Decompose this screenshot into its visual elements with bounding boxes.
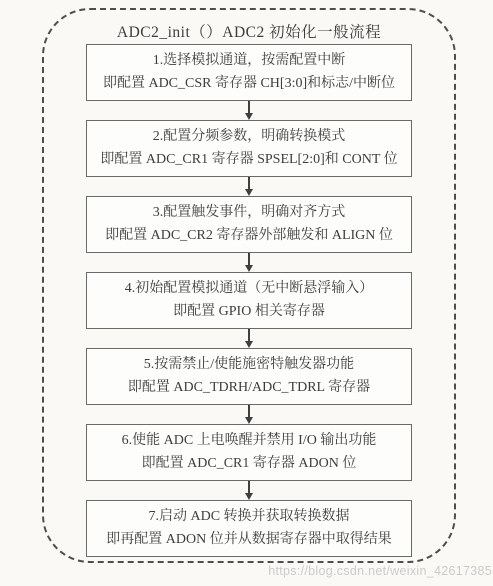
step-2-line-2: 即配置 ADC_CR1 寄存器 SPSEL[2:0]和 CONT 位 [100, 149, 397, 171]
arrow-head [245, 341, 253, 348]
arrow-shaft [248, 405, 250, 417]
step-3-line-1: 3.配置触发事件，明确对齐方式 [153, 202, 346, 224]
arrow-down-icon [245, 329, 253, 348]
step-7-line-1: 7.启动 ADC 转换并获取转换数据 [148, 506, 349, 528]
step-box-3: 3.配置触发事件，明确对齐方式 即配置 ADC_CR2 寄存器外部触发和 ALI… [86, 196, 412, 253]
step-box-5: 5.按需禁止/使能施密特触发器功能 即配置 ADC_TDRH/ADC_TDRL … [86, 348, 412, 405]
arrow-down-icon [245, 405, 253, 424]
arrow-head [245, 493, 253, 500]
arrow-head [245, 113, 253, 120]
step-5-line-2: 即配置 ADC_TDRH/ADC_TDRL 寄存器 [128, 377, 370, 399]
step-7-line-2: 即再配置 ADON 位并从数据寄存器中取得结果 [106, 529, 391, 551]
arrow-shaft [248, 481, 250, 493]
arrow-down-icon [245, 253, 253, 272]
step-3-line-2: 即配置 ADC_CR2 寄存器外部触发和 ALIGN 位 [105, 225, 393, 247]
arrow-shaft [248, 177, 250, 189]
step-6-line-2: 即配置 ADC_CR1 寄存器 ADON 位 [142, 453, 357, 475]
step-5-line-1: 5.按需禁止/使能施密特触发器功能 [144, 354, 354, 376]
step-box-1: 1.选择模拟通道，按需配置中断 即配置 ADC_CSR 寄存器 CH[3:0]和… [86, 44, 412, 101]
step-box-4: 4.初始配置模拟通道（无中断悬浮输入） 即配置 GPIO 相关寄存器 [86, 272, 412, 329]
arrow-down-icon [245, 177, 253, 196]
dashed-border-frame: ADC2_init（）ADC2 初始化一般流程 1.选择模拟通道，按需配置中断 … [42, 8, 456, 563]
arrow-head [245, 265, 253, 272]
arrow-shaft [248, 329, 250, 341]
arrow-shaft [248, 101, 250, 113]
arrow-down-icon [245, 101, 253, 120]
arrow-head [245, 417, 253, 424]
step-1-line-1: 1.选择模拟通道，按需配置中断 [153, 50, 346, 72]
step-4-line-2: 即配置 GPIO 相关寄存器 [173, 301, 325, 323]
step-2-line-1: 2.配置分频参数，明确转换模式 [153, 126, 346, 148]
arrow-down-icon [245, 481, 253, 500]
diagram-title: ADC2_init（）ADC2 初始化一般流程 [117, 21, 381, 44]
step-4-line-1: 4.初始配置模拟通道（无中断悬浮输入） [125, 278, 374, 300]
flowchart: ADC2_init（）ADC2 初始化一般流程 1.选择模拟通道，按需配置中断 … [44, 10, 454, 561]
step-box-6: 6.使能 ADC 上电唤醒并禁用 I/O 输出功能 即配置 ADC_CR1 寄存… [86, 424, 412, 481]
arrow-head [245, 189, 253, 196]
step-6-line-1: 6.使能 ADC 上电唤醒并禁用 I/O 输出功能 [122, 430, 377, 452]
step-box-7: 7.启动 ADC 转换并获取转换数据 即再配置 ADON 位并从数据寄存器中取得… [86, 500, 412, 557]
step-1-line-2: 即配置 ADC_CSR 寄存器 CH[3:0]和标志/中断位 [103, 73, 395, 95]
arrow-shaft [248, 253, 250, 265]
watermark-url: https://blog.csdn.net/weixin_42617385 [268, 564, 492, 578]
step-box-2: 2.配置分频参数，明确转换模式 即配置 ADC_CR1 寄存器 SPSEL[2:… [86, 120, 412, 177]
